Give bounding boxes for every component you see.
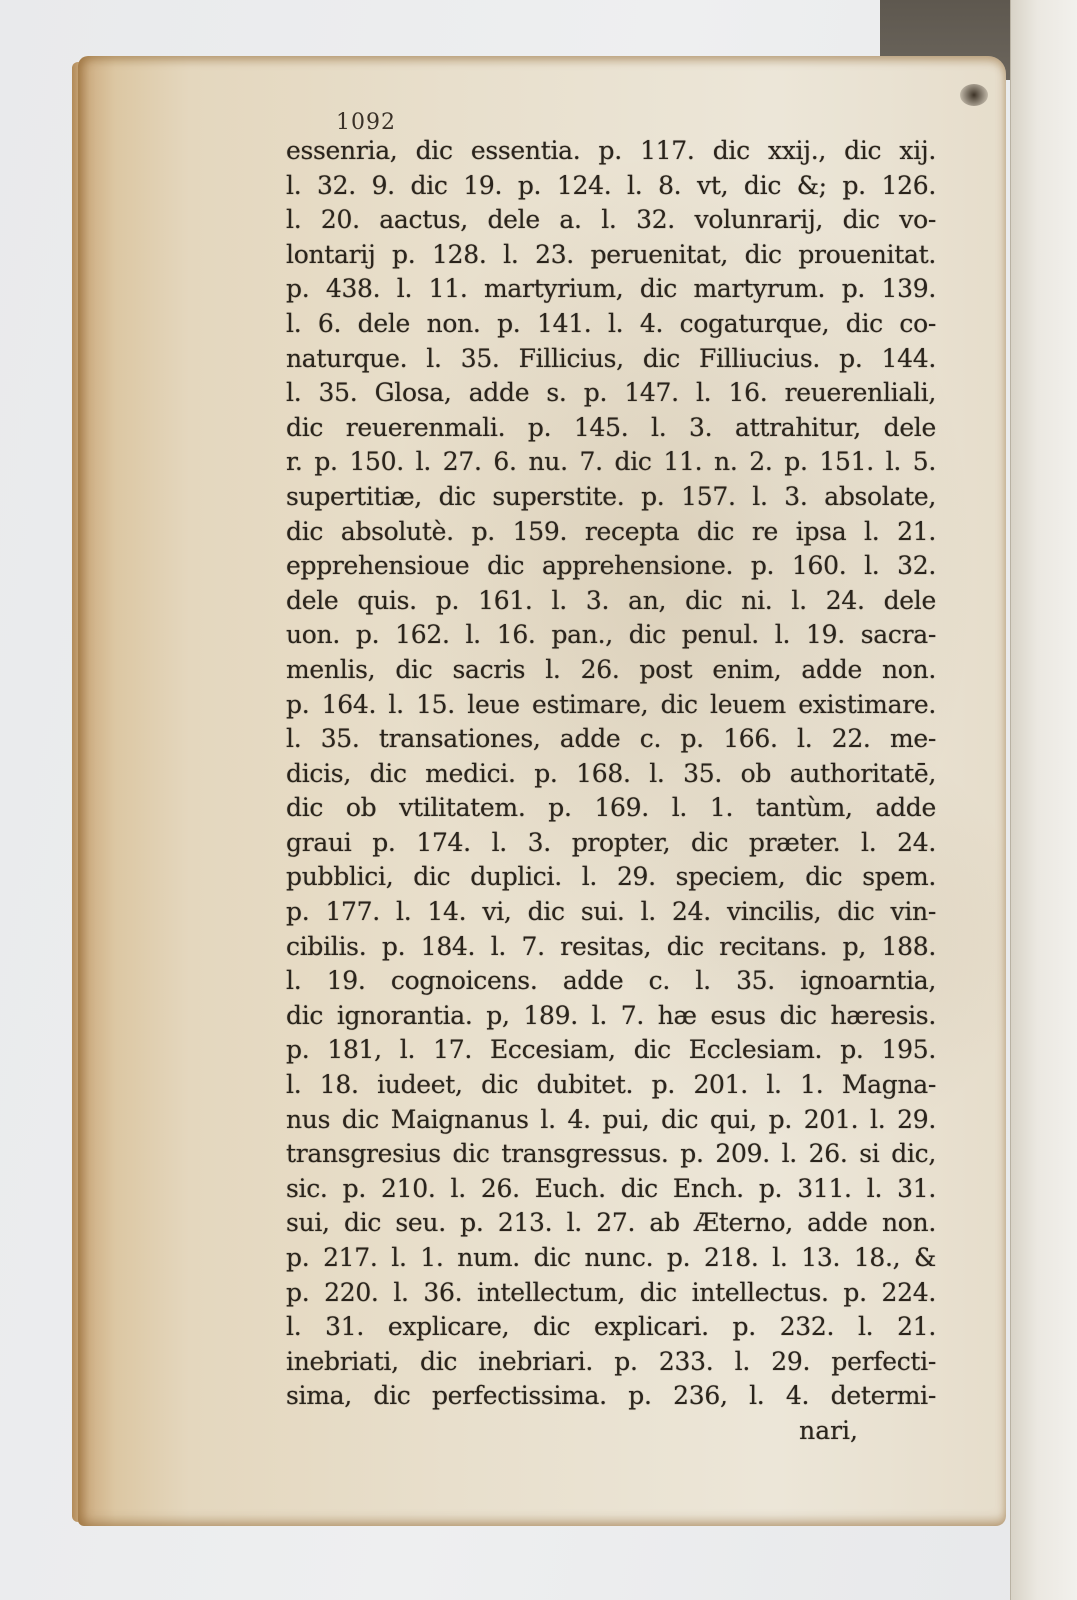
text-line: p. 217. l. 1. num. dic nunc. p. 218. l. …: [286, 1241, 936, 1276]
errata-text-block: 1092 essenria, dic essentia. p. 117. dic…: [286, 112, 936, 1449]
text-line: pubblici, dic duplici. l. 29. speciem, d…: [286, 860, 936, 895]
text-line: transgresius dic transgressus. p. 209. l…: [286, 1137, 936, 1172]
text-line: l. 20. aactus, dele a. l. 32. volunrarij…: [286, 203, 936, 238]
ink-stain: [960, 84, 988, 106]
text-line: l. 18. iudeet, dic dubitet. p. 201. l. 1…: [286, 1068, 936, 1103]
text-line: dele quis. p. 161. l. 3. an, dic ni. l. …: [286, 584, 936, 619]
text-line: supertitiæ, dic superstite. p. 157. l. 3…: [286, 480, 936, 515]
text-line: l. 32. 9. dic 19. p. 124. l. 8. vt, dic …: [286, 169, 936, 204]
text-line: dic ignorantia. p, 189. l. 7. hæ esus di…: [286, 999, 936, 1034]
text-line: inebriati, dic inebriari. p. 233. l. 29.…: [286, 1345, 936, 1380]
text-line: p. 177. l. 14. vi, dic sui. l. 24. vinci…: [286, 895, 936, 930]
text-line: essenria, dic essentia. p. 117. dic xxij…: [286, 134, 936, 169]
text-line: sima, dic perfectissima. p. 236, l. 4. d…: [286, 1379, 936, 1414]
text-line: l. 6. dele non. p. 141. l. 4. cogaturque…: [286, 307, 936, 342]
text-line: lontarij p. 128. l. 23. peruenitat, dic …: [286, 238, 936, 273]
text-line: graui p. 174. l. 3. propter, dic præter.…: [286, 826, 936, 861]
text-line: sui, dic seu. p. 213. l. 27. ab Æterno, …: [286, 1206, 936, 1241]
text-line: p. 438. l. 11. martyrium, dic martyrum. …: [286, 272, 936, 307]
page-number: 1092: [336, 112, 936, 134]
facing-page-edge: [1010, 0, 1077, 1600]
text-line: l. 19. cognoicens. adde c. l. 35. ignoar…: [286, 964, 936, 999]
text-line: p. 220. l. 36. intellectum, dic intellec…: [286, 1276, 936, 1311]
text-line: epprehensioue dic apprehensione. p. 160.…: [286, 549, 936, 584]
text-line: l. 35. Glosa, adde s. p. 147. l. 16. reu…: [286, 376, 936, 411]
text-line: cibilis. p. 184. l. 7. resitas, dic reci…: [286, 930, 936, 965]
text-line: p. 164. l. 15. leue estimare, dic leuem …: [286, 688, 936, 723]
text-line: dicis, dic medici. p. 168. l. 35. ob aut…: [286, 757, 936, 792]
text-line: l. 31. explicare, dic explicari. p. 232.…: [286, 1310, 936, 1345]
text-line: sic. p. 210. l. 26. Euch. dic Ench. p. 3…: [286, 1172, 936, 1207]
text-line: nus dic Maignanus l. 4. pui, dic qui, p.…: [286, 1103, 936, 1138]
text-line: l. 35. transationes, adde c. p. 166. l. …: [286, 722, 936, 757]
text-line: dic ob vtilitatem. p. 169. l. 1. tantùm,…: [286, 791, 936, 826]
catchword: nari,: [286, 1414, 936, 1449]
text-line: p. 181, l. 17. Eccesiam, dic Ecclesiam. …: [286, 1033, 936, 1068]
text-line: dic absolutè. p. 159. recepta dic re ips…: [286, 515, 936, 550]
text-line: r. p. 150. l. 27. 6. nu. 7. dic 11. n. 2…: [286, 445, 936, 480]
text-line: naturque. l. 35. Fillicius, dic Filliuci…: [286, 342, 936, 377]
text-line: dic reuerenmali. p. 145. l. 3. attrahitu…: [286, 411, 936, 446]
text-line: uon. p. 162. l. 16. pan., dic penul. l. …: [286, 618, 936, 653]
text-line: menlis, dic sacris l. 26. post enim, add…: [286, 653, 936, 688]
